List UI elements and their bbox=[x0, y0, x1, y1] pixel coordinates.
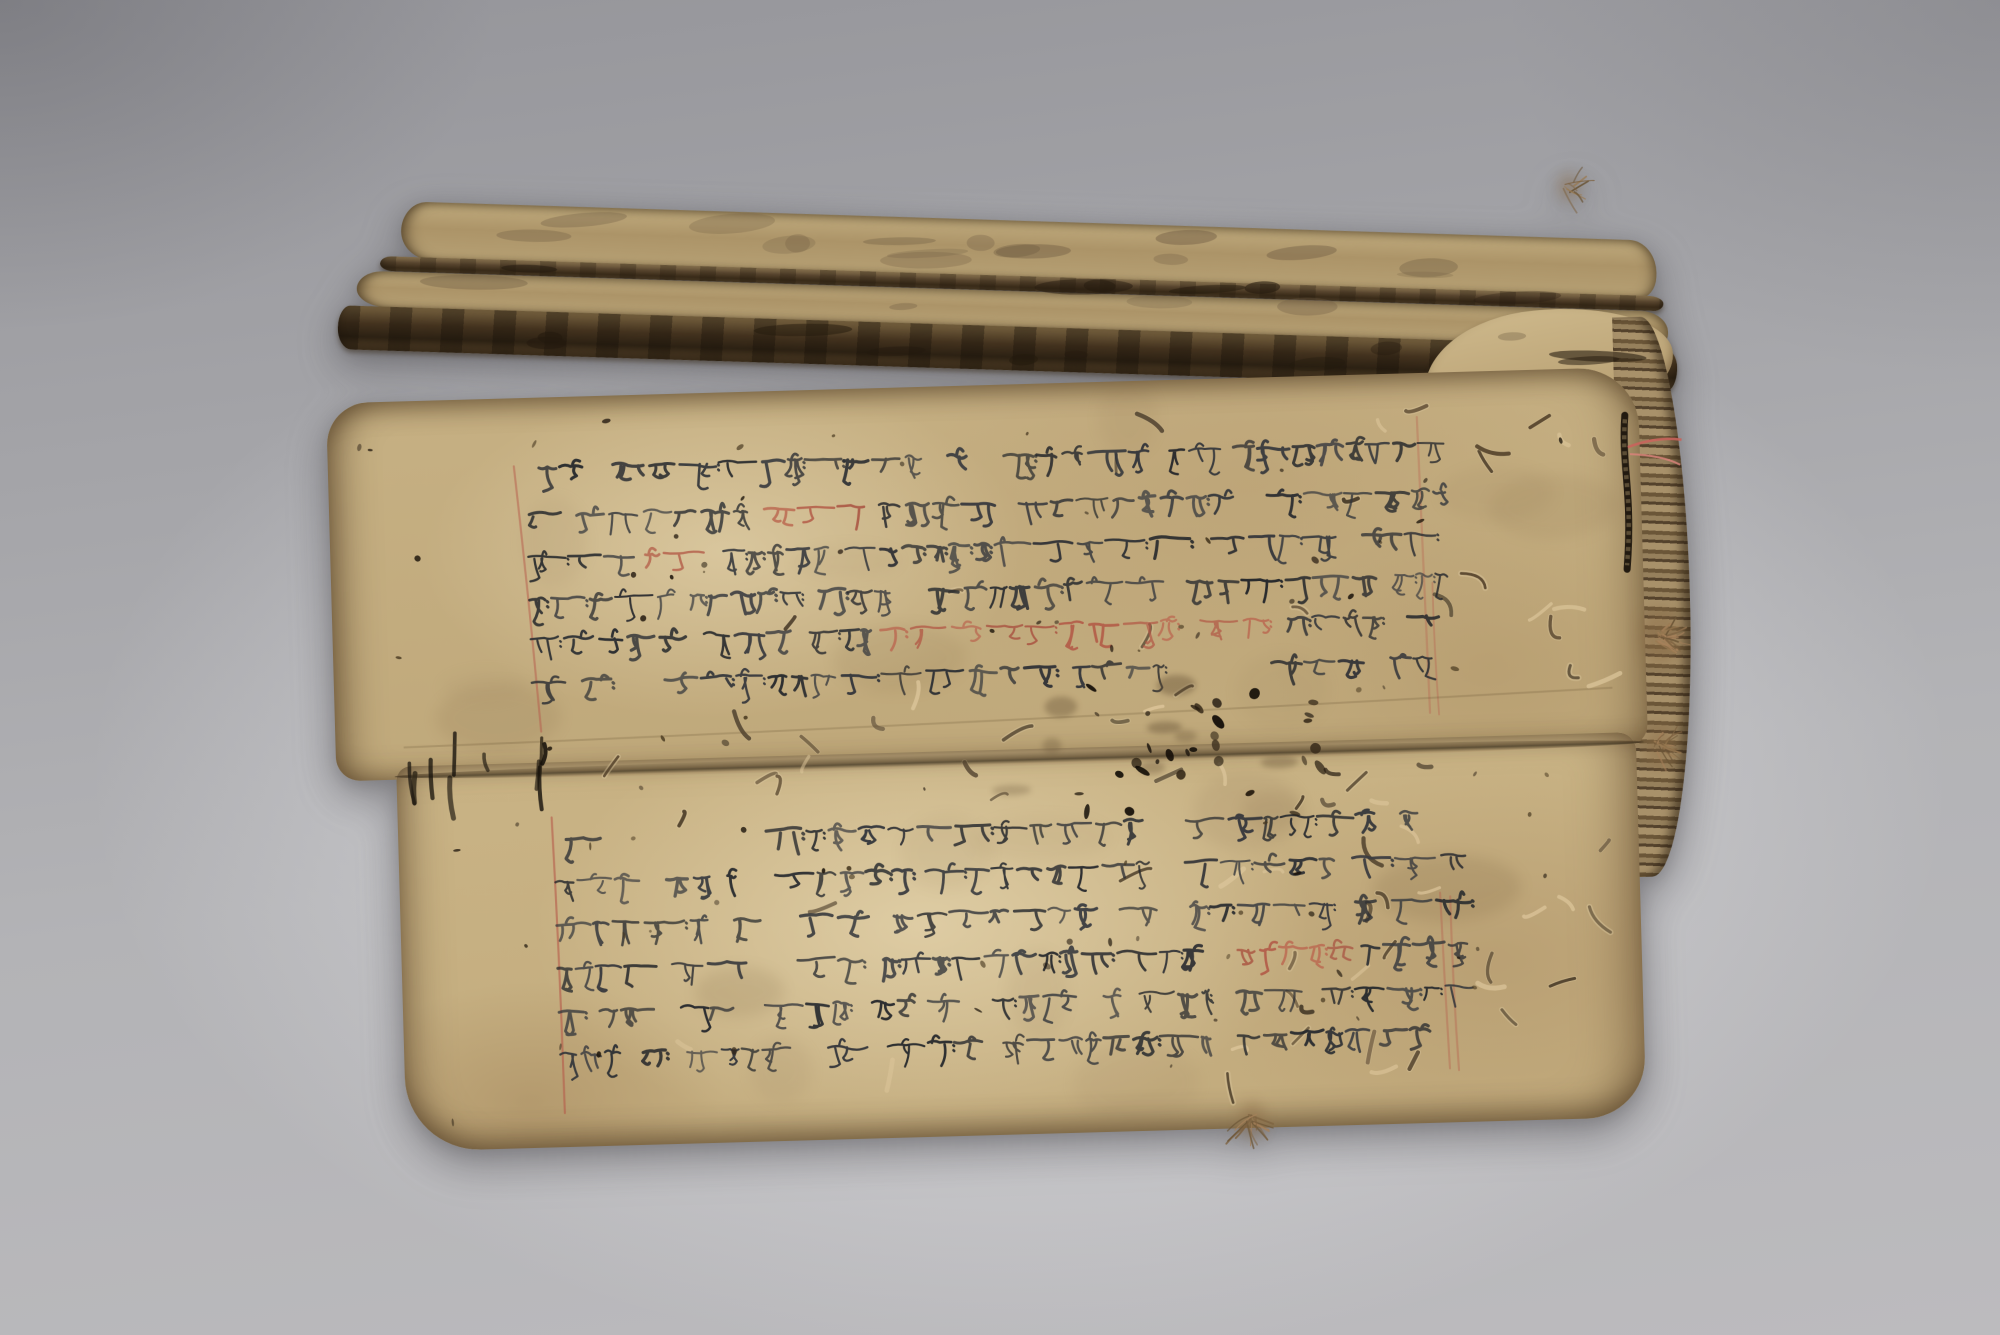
text-line bbox=[528, 525, 1439, 584]
text-line bbox=[529, 566, 1448, 625]
binding-cord bbox=[1623, 415, 1630, 569]
photo-background bbox=[0, 0, 2000, 1335]
paper-stains bbox=[426, 365, 1634, 1144]
manuscript-book bbox=[318, 155, 1716, 1151]
bottom-edge-tuft bbox=[1225, 1102, 1274, 1149]
right-edge-fuzz bbox=[1639, 607, 1690, 666]
text-line bbox=[539, 435, 1444, 494]
corner-fuzz bbox=[1558, 167, 1595, 213]
red-binding-thread bbox=[1628, 439, 1683, 467]
text-line bbox=[529, 483, 1448, 541]
handwriting-overlay bbox=[318, 155, 1716, 1151]
handwritten-text bbox=[526, 435, 1478, 1081]
text-line bbox=[556, 892, 1473, 951]
right-edge-fuzz-lower bbox=[1643, 724, 1682, 771]
leaf-edge-mottling bbox=[418, 181, 1647, 398]
